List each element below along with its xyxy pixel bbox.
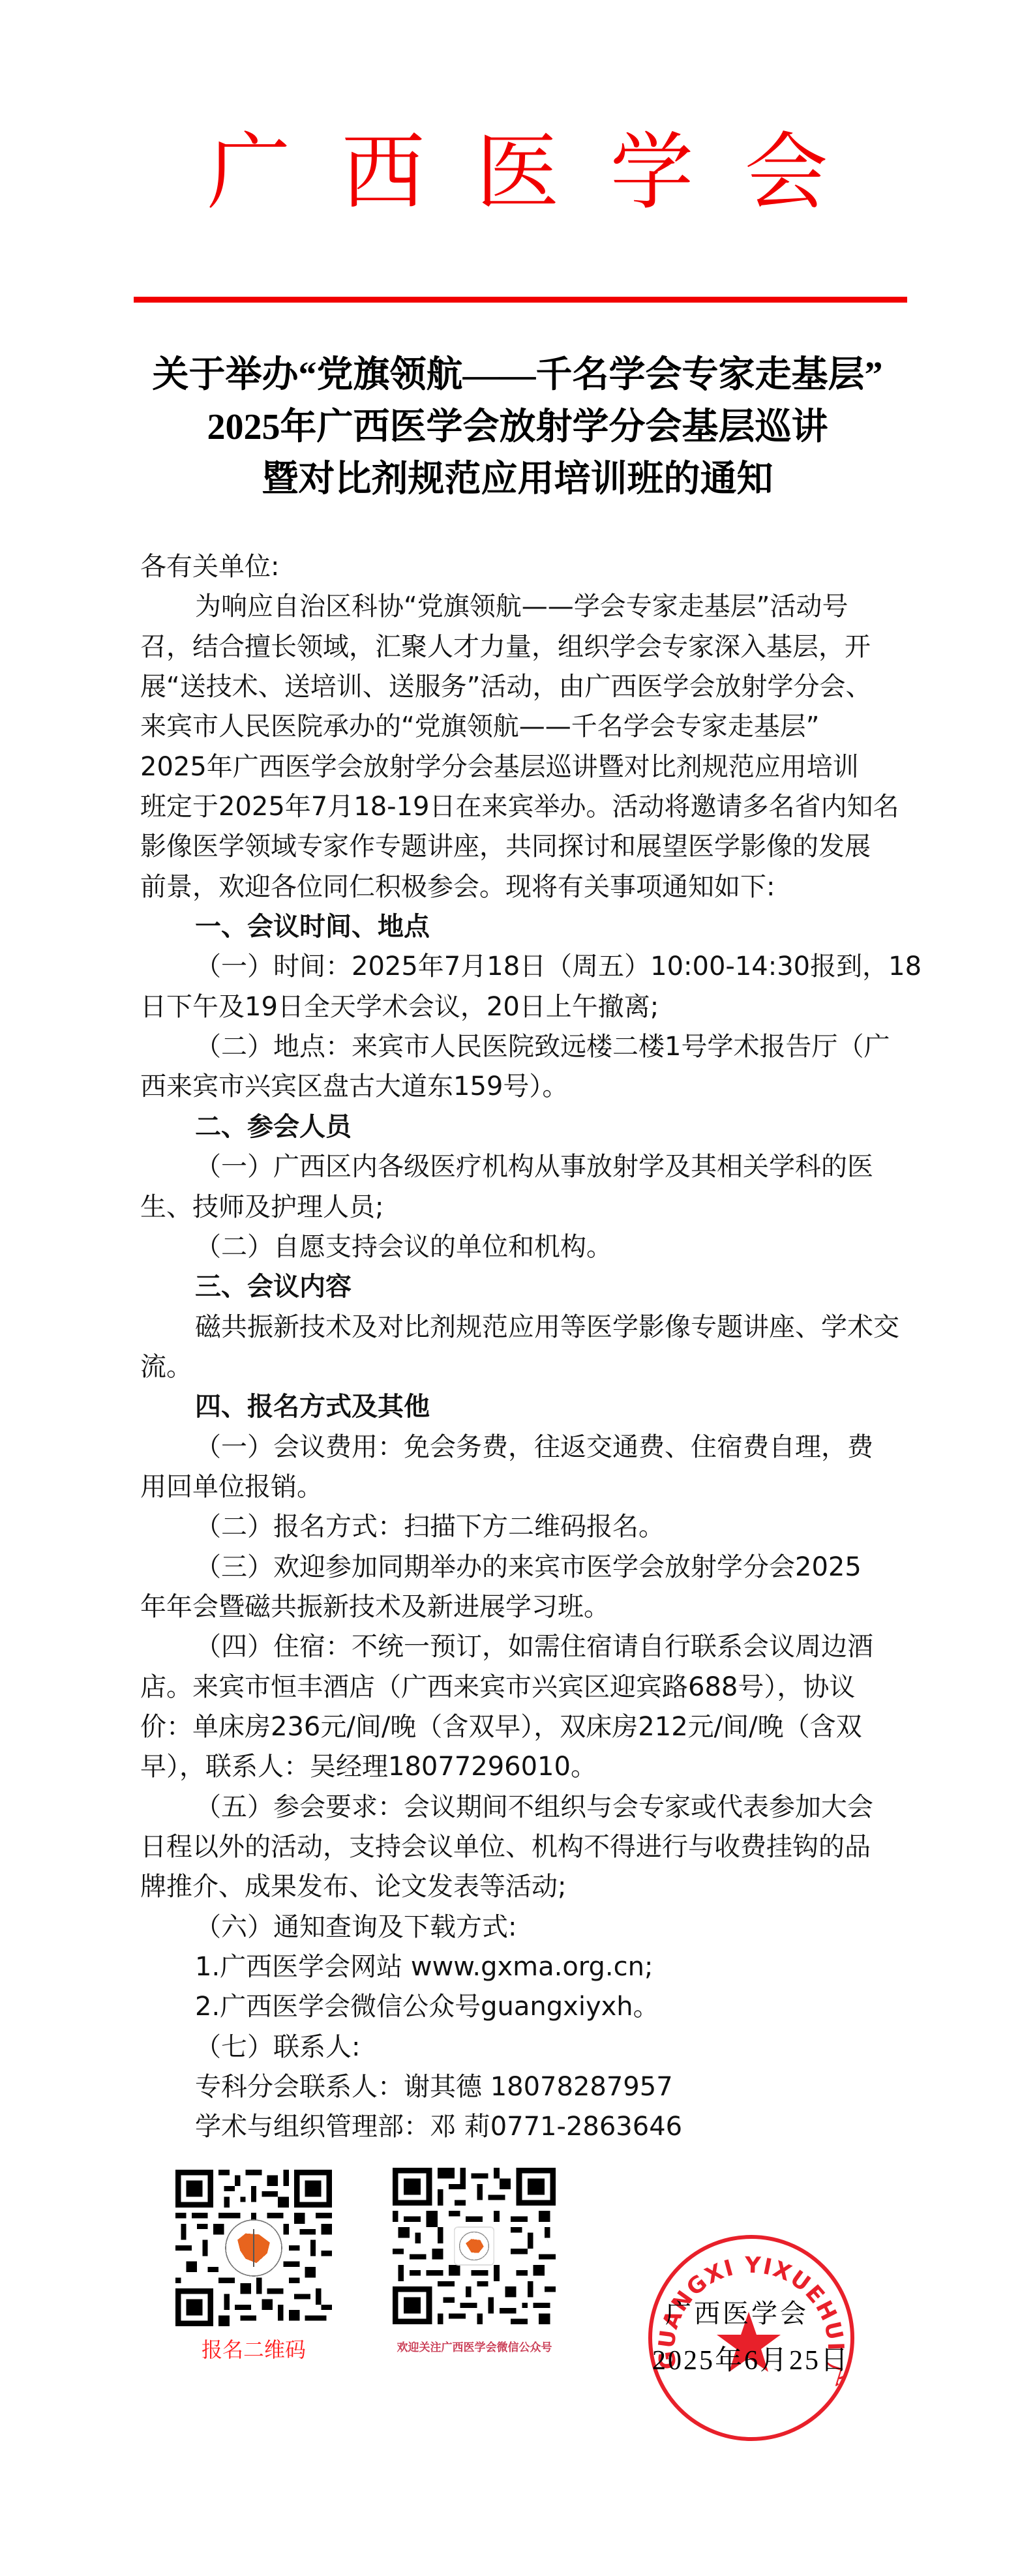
paragraph-line: 来宾市人民医院承办的“党旗领航——千名学会专家走基层” (140, 707, 907, 747)
paragraph-line: 流。 (140, 1347, 907, 1387)
paragraph-line: 早），联系人：吴经理18077296010。 (140, 1747, 907, 1787)
paragraph-line: 用回单位报销。 (140, 1467, 907, 1507)
paragraph-line: 价：单床房236元/间/晚（含双早），双床房212元/间/晚（含双 (140, 1707, 907, 1747)
contact-academic-dept: 学术与组织管理部：邓 莉0771-2863646 (140, 2107, 907, 2147)
paragraph-line: 展“送技术、送培训、送服务”活动，由广西医学会放射学分会、 (140, 667, 907, 707)
section-heading-content: 三、会议内容 (140, 1267, 907, 1307)
paragraph-line: 西来宾市兴宾区盘古大道东159号）。 (140, 1067, 907, 1107)
paragraph-line: 年年会暨磁共振新技术及新进展学习班。 (140, 1587, 907, 1627)
paragraph-line: 前景，欢迎各位同仁积极参会。现将有关事项通知如下: (140, 867, 907, 907)
paragraph-line: 磁共振新技术及对比剂规范应用等医学影像专题讲座、学术交 (140, 1308, 907, 1347)
paragraph-line: 生、技师及护理人员; (140, 1188, 907, 1227)
section-heading-registration: 四、报名方式及其他 (140, 1387, 907, 1427)
paragraph-line: 2025年广西医学会放射学分会基层巡讲暨对比剂规范应用培训 (140, 747, 907, 787)
paragraph-line: （一）会议费用：免会务费，往返交通费、住宿费自理，费 (140, 1428, 907, 1467)
letterhead-divider (134, 297, 907, 303)
paragraph-line: （五）参会要求：会议期间不组织与会专家或代表参加大会 (140, 1788, 907, 1827)
paragraph-line: （一）广西区内各级医疗机构从事放射学及其相关学科的医 (140, 1147, 907, 1187)
wechat-qr-caption: 欢迎关注广西医学会微信公众号 (385, 2340, 564, 2356)
paragraph-line: 班定于2025年7月18-19日在来宾举办。活动将邀请多名省内知名 (140, 787, 907, 827)
paragraph-line: （二）报名方式：扫描下方二维码报名。 (140, 1507, 907, 1547)
paragraph-line: （七）联系人: (140, 2028, 907, 2067)
title-line-3: 暨对比剂规范应用培训班的通知 (0, 453, 1035, 505)
section-heading-attendees: 二、参会人员 (140, 1107, 907, 1147)
title-line-1: 关于举办“党旗领航——千名学会专家走基层” (0, 349, 1035, 401)
signature-date: 2025年6月25日 (652, 2344, 835, 2377)
contact-specialty: 专科分会联系人：谢其德 18078287957 (140, 2067, 907, 2107)
qr-code-icon (175, 2170, 332, 2326)
official-seal: GUANGXI YIXUEHUI 广 西 医 学 会 (647, 2234, 856, 2442)
website-link[interactable]: 1.广西医学会网站 www.gxma.org.cn; (140, 1947, 907, 1987)
section-heading-time-location: 一、会议时间、地点 (140, 907, 907, 947)
paragraph-line: （二）自愿支持会议的单位和机构。 (140, 1227, 907, 1267)
document-title: 关于举办“党旗领航——千名学会专家走基层” 2025年广西医学会放射学分会基层巡… (0, 349, 1035, 505)
org-letterhead: 广西医学会 (0, 124, 1035, 222)
seal-stamp-icon: GUANGXI YIXUEHUI 广 西 医 学 会 (647, 2234, 856, 2442)
paragraph-line: 影像医学领域专家作专题讲座，共同探讨和展望医学影像的发展 (140, 827, 907, 867)
paragraph-line: 为响应自治区科协“党旗领航——学会专家走基层”活动号 (140, 587, 907, 627)
paragraph-line: 店。来宾市恒丰酒店（广西来宾市兴宾区迎宾路688号），协议 (140, 1668, 907, 1707)
paragraph-line: 召，结合擅长领域，汇聚人才力量，组织学会专家深入基层，开 (140, 627, 907, 667)
paragraph-line: （三）欢迎参加同期举办的来宾市医学会放射学分会2025 (140, 1548, 907, 1587)
wechat-qr-code[interactable] (393, 2168, 556, 2324)
paragraph-line: 日程以外的活动，支持会议单位、机构不得进行与收费挂钩的品 (140, 1827, 907, 1867)
salutation: 各有关单位: (140, 547, 907, 587)
document-body: 各有关单位: 为响应自治区科协“党旗领航——学会专家走基层”活动号 召，结合擅长… (140, 547, 907, 2148)
title-line-2: 2025年广西医学会放射学分会基层巡讲 (0, 401, 1035, 453)
qr-code-icon (393, 2168, 556, 2324)
registration-qr-code[interactable] (175, 2170, 332, 2326)
signature-organization: 广西医学会 (659, 2299, 815, 2329)
paragraph-line: （一）时间：2025年7月18日（周五）10:00-14:30报到，18 (140, 947, 907, 987)
paragraph-line: （四）住宿：不统一预订，如需住宿请自行联系会议周边酒 (140, 1627, 907, 1667)
paragraph-line: 日下午及19日全天学术会议，20日上午撤离; (140, 987, 907, 1027)
paragraph-line: （六）通知查询及下载方式: (140, 1908, 907, 1947)
paragraph-line: 牌推介、成果发布、论文发表等活动; (140, 1867, 907, 1907)
registration-qr-caption: 报名二维码 (175, 2337, 332, 2363)
wechat-account: 2.广西医学会微信公众号guangxiyxh。 (140, 1987, 907, 2027)
paragraph-line: （二）地点：来宾市人民医院致远楼二楼1号学术报告厅（广 (140, 1027, 907, 1067)
